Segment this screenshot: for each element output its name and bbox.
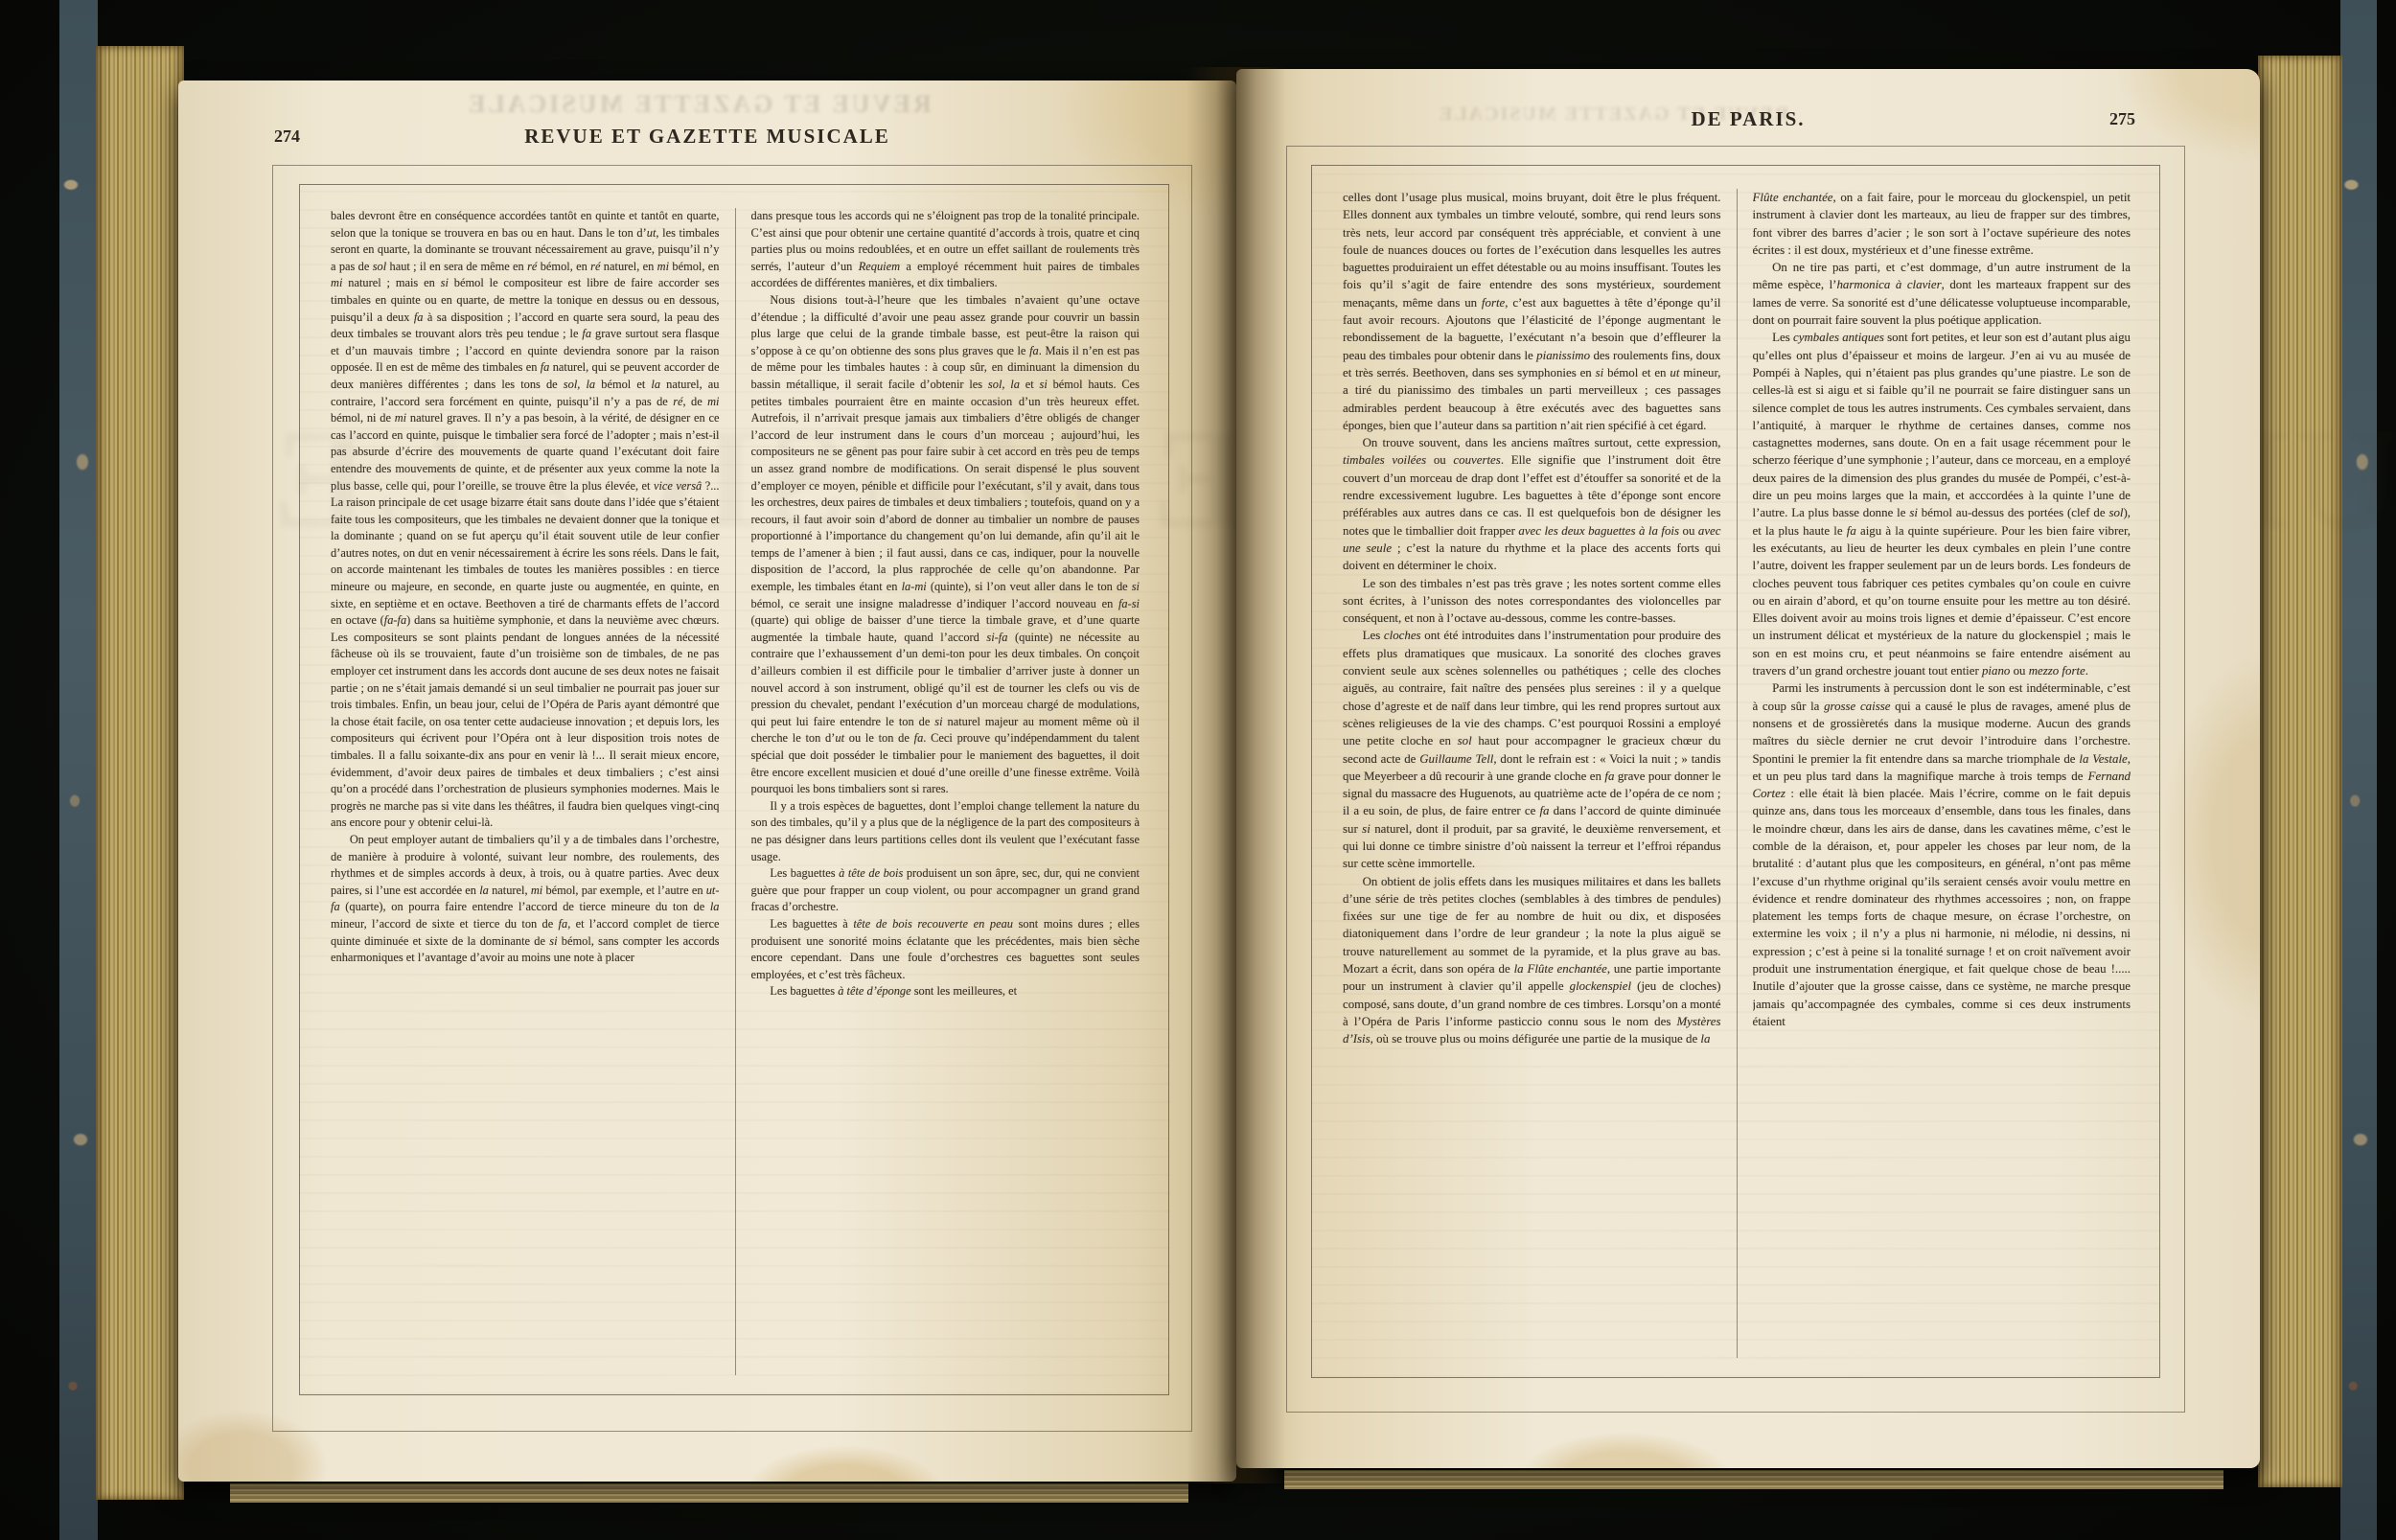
paragraph: Le son des timbales n’est pas très grave…: [1343, 575, 1721, 628]
paragraph: On peut employer autant de timbaliers qu…: [331, 832, 720, 967]
paragraph: Les cymbales antiques sont fort petites,…: [1753, 329, 2131, 679]
page-number-right: 275: [2109, 109, 2135, 129]
paragraph: On ne tire pas parti, et c’est dommage, …: [1753, 259, 2131, 329]
paragraph: bales devront être en conséquence accord…: [331, 208, 720, 832]
paragraph: Les cloches ont été introduites dans l’i…: [1343, 627, 1721, 872]
running-head-left: REVUE ET GAZETTE MUSICALE: [178, 125, 1236, 149]
left-text-area: bales devront être en conséquence accord…: [331, 208, 1140, 1375]
right-column-divider-rule: [1737, 189, 1738, 1358]
right-text-frame: celles dont l’usage plus musical, moins …: [1311, 165, 2160, 1378]
paragraph: Les baguettes à tête de bois produisent …: [751, 865, 1140, 916]
right-column-1: celles dont l’usage plus musical, moins …: [1343, 189, 1721, 1358]
left-page: REVUE ET GAZETTE MUSICALE 274 REVUE ET G…: [178, 80, 1236, 1482]
paragraph: Flûte enchantée, on a fait faire, pour l…: [1753, 189, 2131, 259]
right-page-stack-edge: [2258, 56, 2342, 1487]
left-board-marbled-edge: [59, 0, 98, 1540]
paragraph: Nous disions tout-à-l’heure que les timb…: [751, 292, 1140, 798]
right-text-area: celles dont l’usage plus musical, moins …: [1343, 189, 2131, 1358]
paragraph: celles dont l’usage plus musical, moins …: [1343, 189, 1721, 434]
left-page-header: REVUE ET GAZETTE MUSICALE 274 REVUE ET G…: [178, 115, 1236, 153]
left-bottom-page-edges: [230, 1483, 1188, 1503]
left-column-1: bales devront être en conséquence accord…: [331, 208, 720, 1375]
left-text-frame: bales devront être en conséquence accord…: [299, 184, 1169, 1395]
book-scan-photo: REVUE ET GAZETTE MUSICALE 274 REVUE ET G…: [0, 0, 2396, 1540]
paragraph: On obtient de jolis effets dans les musi…: [1343, 873, 1721, 1048]
left-page-stack-edge: [96, 46, 184, 1500]
paragraph: On trouve souvent, dans les anciens maît…: [1343, 434, 1721, 574]
left-column-divider-rule: [735, 208, 736, 1375]
paragraph: Les baguettes à tête de bois recouverte …: [751, 916, 1140, 983]
show-through-masthead: REVUE ET GAZETTE MUSICALE: [466, 90, 932, 119]
right-page-header: REVUE ET GAZETTE MUSICALE DE PARIS. 275: [1236, 103, 2260, 142]
paragraph: dans presque tous les accords qui ne s’é…: [751, 208, 1140, 292]
paragraph: Il y a trois espèces de baguettes, dont …: [751, 798, 1140, 865]
right-page: REVUE ET GAZETTE MUSICALE DE PARIS. 275 …: [1236, 69, 2260, 1468]
right-board-marbled-edge: [2340, 0, 2377, 1540]
right-column-2: Flûte enchantée, on a fait faire, pour l…: [1753, 189, 2131, 1358]
right-bottom-page-edges: [1284, 1470, 2223, 1489]
left-column-2: dans presque tous les accords qui ne s’é…: [751, 208, 1140, 1375]
running-head-right: DE PARIS.: [1236, 107, 2260, 131]
paragraph: Parmi les instruments à percussion dont …: [1753, 679, 2131, 1030]
paragraph: Les baguettes à tête d’éponge sont les m…: [751, 983, 1140, 1000]
